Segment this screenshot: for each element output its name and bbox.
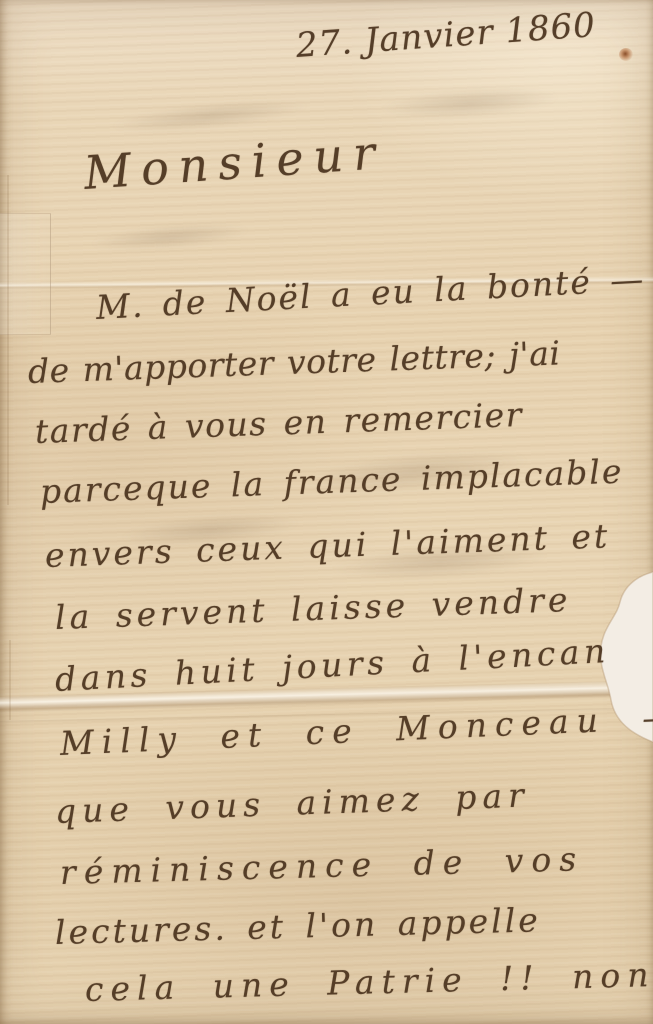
fox-spot-stain	[619, 48, 633, 61]
handwritten-line: lectures. et l'on appelle	[54, 900, 541, 952]
handwritten-line: que vous aimez par	[54, 775, 530, 831]
date-line: 27. Janvier 1860	[295, 5, 598, 66]
handwritten-line: envers ceux qui l'aiment et	[44, 516, 610, 575]
letter-page: 27. Janvier 1860 Monsieur M. de Noël a e…	[0, 0, 653, 1024]
handwritten-line: cela une Patrie !! non	[84, 955, 653, 1009]
ghost-writing-mark	[379, 82, 561, 124]
left-edge-crease-lower	[9, 640, 11, 720]
handwritten-line: la servent laisse vendre	[54, 580, 572, 637]
salutation: Monsieur	[82, 125, 387, 200]
handwritten-line: M. de Noël a eu la bonté —	[95, 259, 646, 327]
left-edge-crease	[7, 175, 9, 505]
handwritten-line: parceque la france implacable	[39, 452, 624, 511]
ghost-writing-mark	[89, 218, 250, 256]
handwritten-line: Milly et ce Monceau —	[59, 697, 653, 763]
handwritten-line: de m'apporter votre lettre; j'ai	[27, 333, 561, 391]
handwritten-line: dans huit jours à l'encan	[54, 631, 611, 699]
handwritten-line: tardé à vous en remercier	[34, 395, 523, 451]
handwritten-line: réminiscence de vos	[59, 839, 584, 892]
